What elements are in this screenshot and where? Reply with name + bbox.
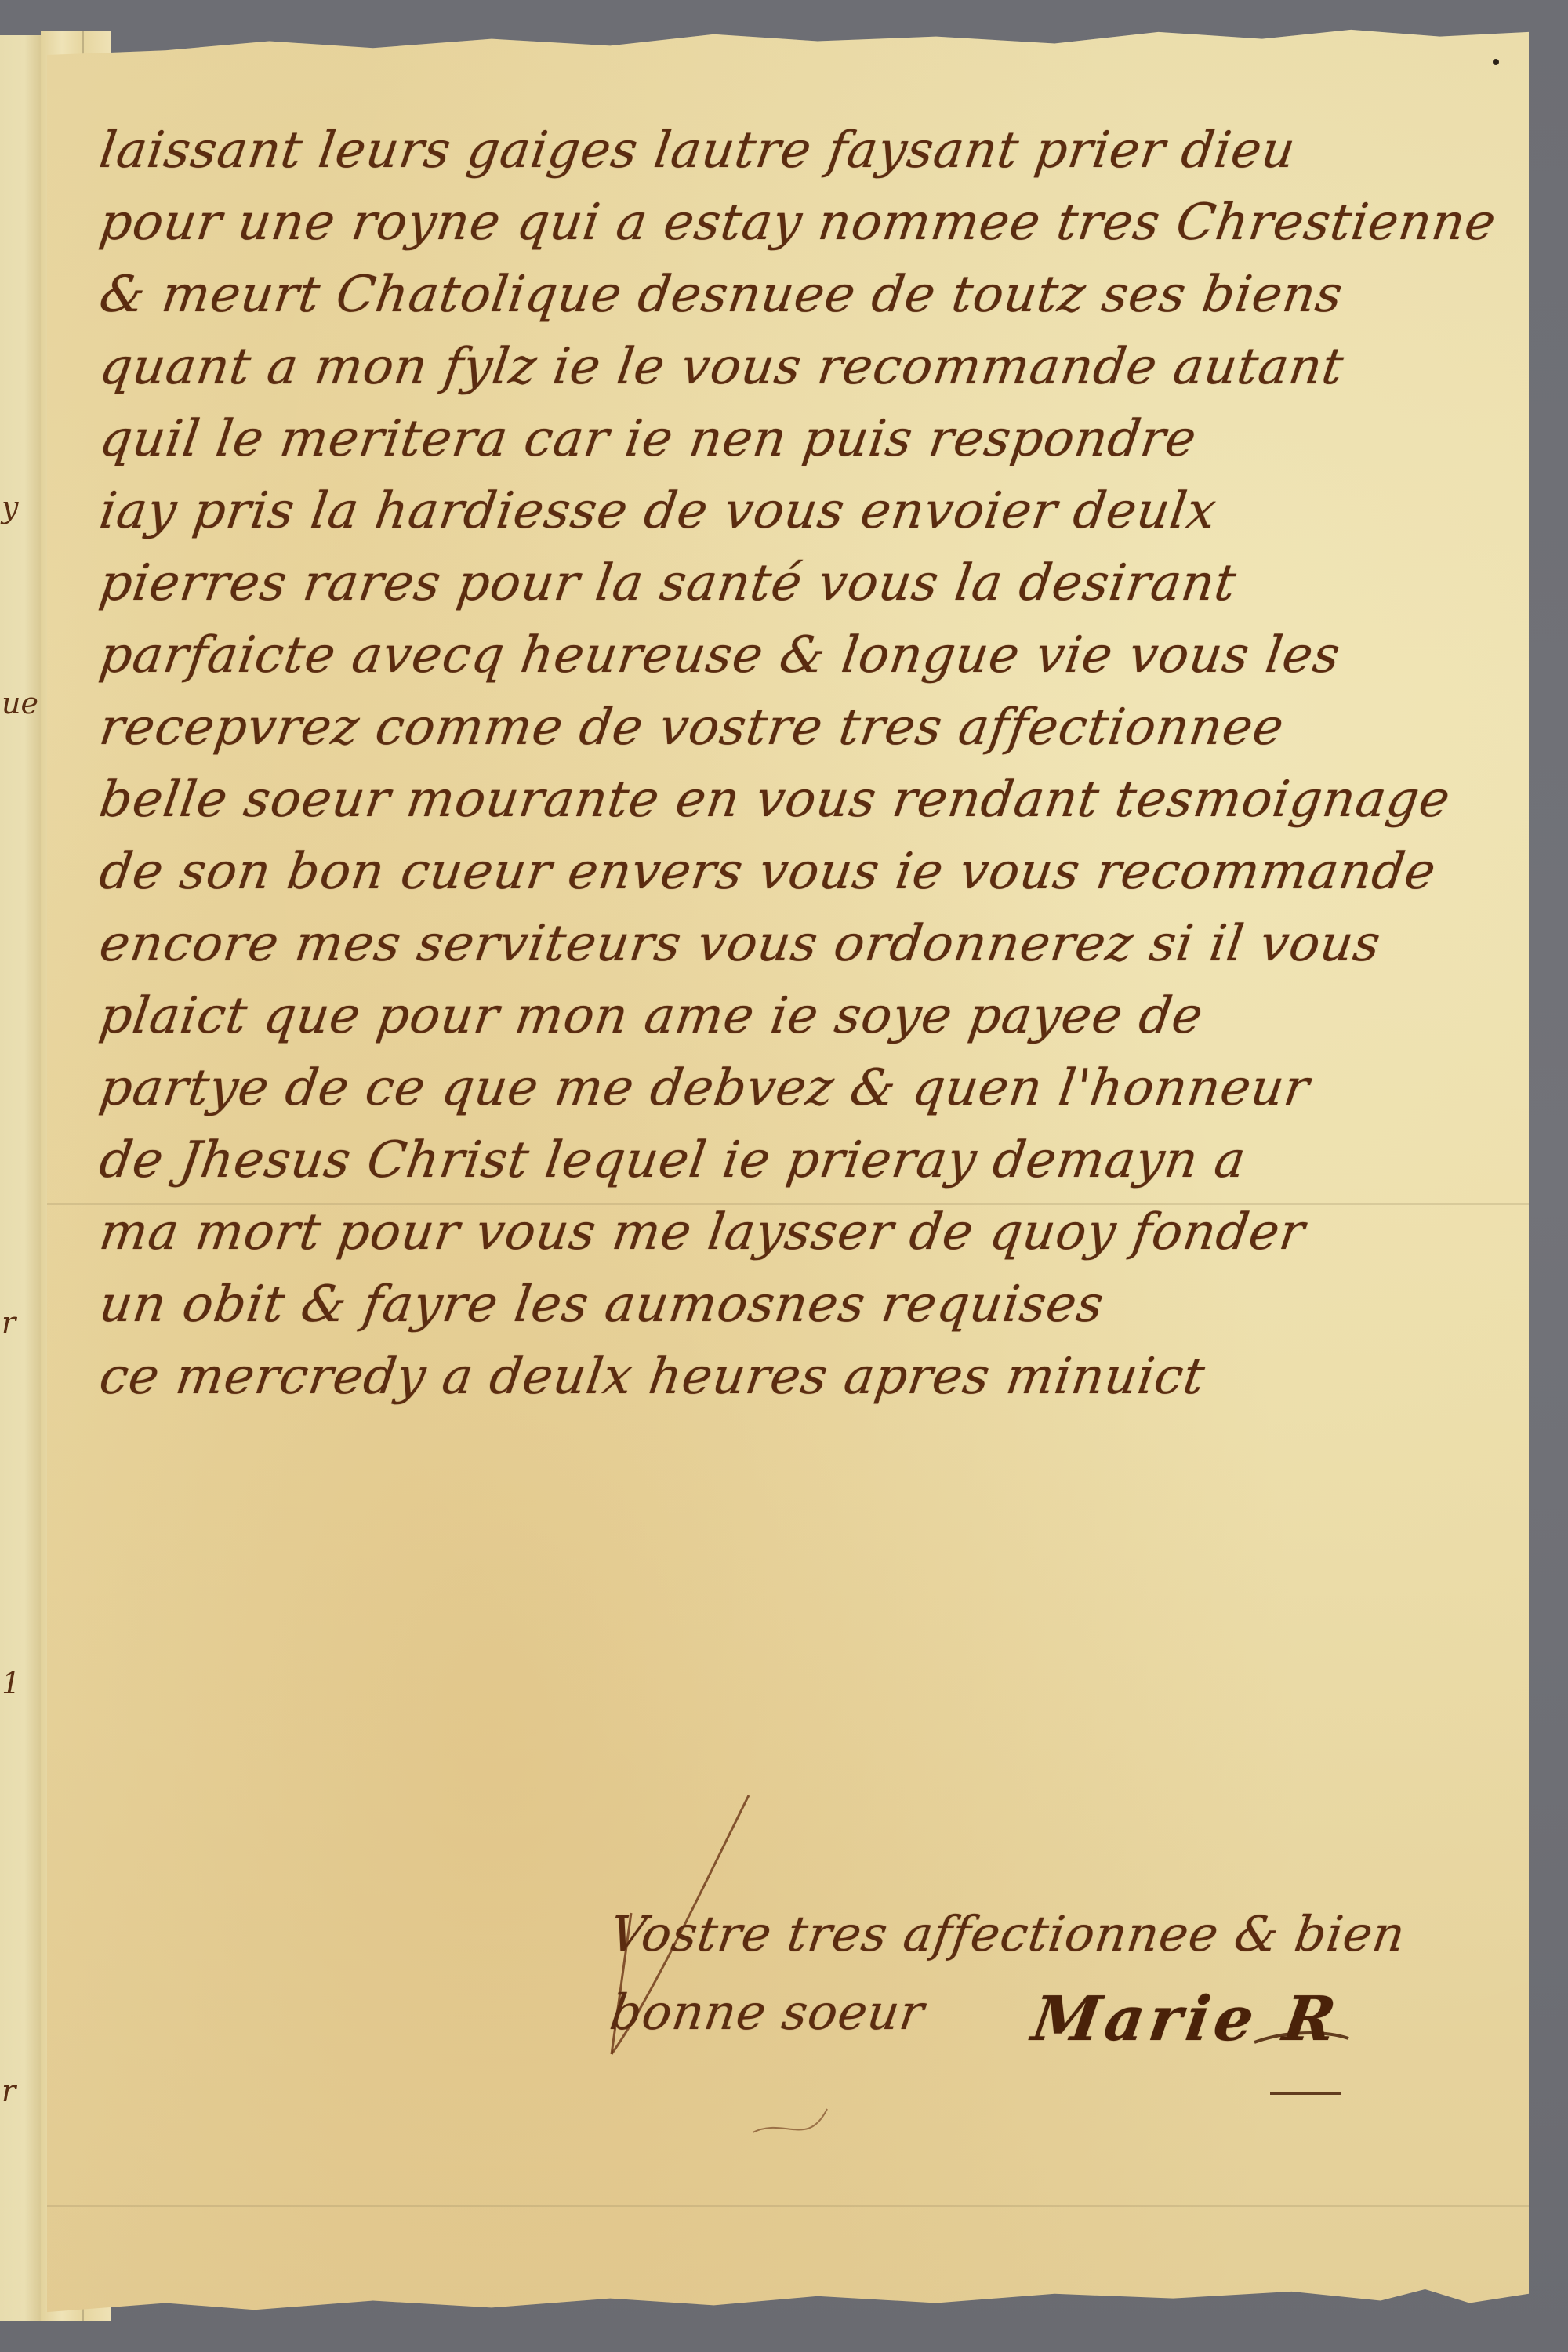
letter-line: partye de ce que me debvez & quen l'honn… — [94, 1059, 1484, 1131]
adjacent-left-page: y ue r 1 r — [0, 35, 42, 2321]
letter-line: de Jhesus Christ lequel ie prieray demay… — [94, 1131, 1484, 1203]
letter-line: quant a mon fylz ie le vous recommande a… — [94, 338, 1484, 410]
letter-line: & meurt Chatolique desnuee de toutz ses … — [94, 266, 1484, 338]
letter-line: recepvrez comme de vostre tres affection… — [94, 699, 1484, 771]
letter-line: parfaicte avecq heureuse & longue vie vo… — [94, 626, 1484, 699]
letter-body: laissant leurs gaiges lautre faysant pri… — [94, 122, 1474, 1420]
left-page-fragment: ue — [2, 686, 38, 720]
ink-dot — [1493, 59, 1499, 65]
left-page-fragment: 1 — [2, 1666, 20, 1700]
left-page-fragment: r — [2, 2074, 16, 2108]
letter-line: laissant leurs gaiges lautre faysant pri… — [94, 122, 1484, 194]
letter-line: quil le meritera car ie nen puis respond… — [94, 410, 1484, 482]
letter-line: ma mort pour vous me laysser de quoy fon… — [94, 1203, 1484, 1276]
letter-line: pierres rares pour la santé vous la desi… — [94, 554, 1484, 626]
letter-closing: Vostre tres affectionnee & bien bonne so… — [604, 1905, 1505, 2062]
closing-line: Vostre tres affectionnee & bien — [604, 1905, 1516, 1984]
letter-line: un obit & fayre les aumosnes requises — [94, 1276, 1484, 1348]
left-page-fragment: y — [2, 490, 18, 524]
left-page-fragment: r — [2, 1305, 16, 1340]
letter-line: ce mercredy a deulx heures apres minuict — [94, 1348, 1484, 1420]
letter-line: encore mes serviteurs vous ordonnerez si… — [94, 915, 1484, 987]
letter-line: de son bon cueur envers vous ie vous rec… — [94, 843, 1484, 915]
letter-line: pour une royne qui a estay nommee tres C… — [94, 194, 1484, 266]
fold-line — [47, 2205, 1529, 2207]
closing-line-2: bonne soeur Marie R — [604, 1984, 1516, 2062]
letter-line: iay pris la hardiesse de vous envoier de… — [94, 482, 1484, 554]
closing-salutation: bonne soeur — [604, 1984, 928, 2062]
signature: Marie R — [1027, 1984, 1345, 2062]
letter-line: belle soeur mourante en vous rendant tes… — [94, 771, 1484, 843]
letter-line: plaict que pour mon ame ie soye payee de — [94, 987, 1484, 1059]
